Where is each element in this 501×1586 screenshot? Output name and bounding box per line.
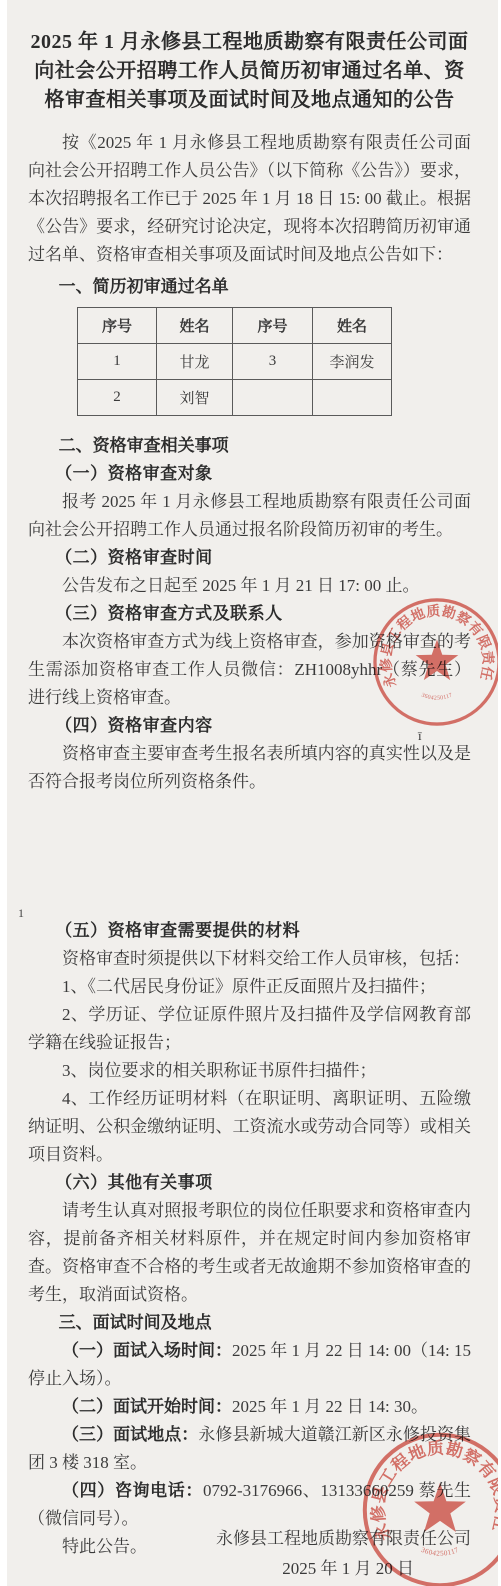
svg-text:永修县工程地质勘察有限责任公司: 永修县工程地质勘察有限责任公司 [371,596,497,690]
interview-start-time: （二）面试开始时间：2025 年 1 月 22 日 14: 30。 [28,1393,471,1421]
interview-start-time-value: 2025 年 1 月 22 日 14: 30。 [232,1397,428,1416]
scan-artifact-mark: ī [418,728,422,744]
section2-sub5-intro: 资格审查时须提供以下材料交给工作人员审核，包括： [28,945,471,973]
section2-sub4-body: 资格审查主要审查考生报名表所填内容的真实性以及是否符合报考岗位所列资格条件。 [28,740,471,796]
table-header-cell: 姓名 [313,308,392,344]
document-content: 2025 年 1 月永修县工程地质勘察有限责任公司面向社会公开招聘工作人员简历初… [0,0,501,1561]
table-cell [233,380,313,416]
section2-sub5-heading: （五）资格审查需要提供的材料 [28,917,471,945]
table-cell: 1 [78,344,157,380]
section2-sub6-heading: （六）其他有关事项 [28,1169,471,1197]
roster-table: 序号 姓名 序号 姓名 1 甘龙 3 李润发 2 刘智 [77,307,392,416]
company-seal-icon: 永修县工程地质勘察有限责任公司 3604250117901 [360,1430,501,1586]
seal-star-icon [416,640,459,681]
company-seal-icon: 永修县工程地质勘察有限责任公司 3604250117901 [371,596,501,728]
section2-sub2-heading: （二）资格审查时间 [28,544,471,572]
table-header-cell: 序号 [233,308,313,344]
section2-sub6-body: 请考生认真对照报考职位的岗位任职要求和资格审查内容，提前备齐相关材料原件，并在规… [28,1197,471,1309]
section3-heading: 三、面试时间及地点 [28,1309,471,1337]
section2-sub1-heading: （一）资格审查对象 [28,460,471,488]
table-row: 1 甘龙 3 李润发 [78,344,392,380]
table-cell: 刘智 [157,380,233,416]
material-item: 3、岗位要求的相关职称证书原件扫描件； [28,1057,471,1085]
table-cell: 3 [233,344,313,380]
seal-star-icon [414,1483,466,1532]
material-item: 1、《二代居民身份证》原件正反面照片及扫描件； [28,973,471,1001]
table-cell: 甘龙 [157,344,233,380]
table-cell: 2 [78,380,157,416]
section2-heading: 二、资格审查相关事项 [28,432,471,460]
section2-sub1-body: 报考 2025 年 1 月永修县工程地质勘察有限责任公司面向社会公开招聘工作人员… [28,488,471,544]
table-cell [313,380,392,416]
announcement-document: 2025 年 1 月永修县工程地质勘察有限责任公司面向社会公开招聘工作人员简历初… [0,0,501,1586]
table-header-cell: 姓名 [157,308,233,344]
section1-heading: 一、简历初审通过名单 [28,273,471,301]
margin-page-number: 1 [18,906,24,921]
material-item: 4、工作经历证明材料（在职证明、离职证明、五险缴纳证明、公积金缴纳证明、工资流水… [28,1085,471,1169]
interview-start-time-label: （二）面试开始时间： [62,1397,232,1416]
table-row: 2 刘智 [78,380,392,416]
table-cell: 李润发 [313,344,392,380]
material-item: 2、学历证、学位证原件照片及扫描件及学信网教育部学籍在线验证报告； [28,1001,471,1057]
signature-date: 2025 年 1 月 20 日 [0,1554,414,1579]
document-title: 2025 年 1 月永修县工程地质勘察有限责任公司面向社会公开招聘工作人员简历初… [30,28,469,115]
inquiry-phone-label: （四）咨询电话： [62,1481,203,1500]
intro-paragraph: 按《2025 年 1 月永修县工程地质勘察有限责任公司面向社会公开招聘工作人员公… [28,129,471,269]
table-header-cell: 序号 [78,308,157,344]
interview-entry-time: （一）面试入场时间：2025 年 1 月 22 日 14: 00（14: 15 … [28,1337,471,1393]
seal-arc-text: 永修县工程地质勘察有限责任公司 [371,596,497,690]
interview-location-label: （三）面试地点： [62,1425,198,1444]
page-left-edge [0,0,7,1586]
interview-entry-time-label: （一）面试入场时间： [62,1341,232,1360]
table-header-row: 序号 姓名 序号 姓名 [78,308,392,344]
